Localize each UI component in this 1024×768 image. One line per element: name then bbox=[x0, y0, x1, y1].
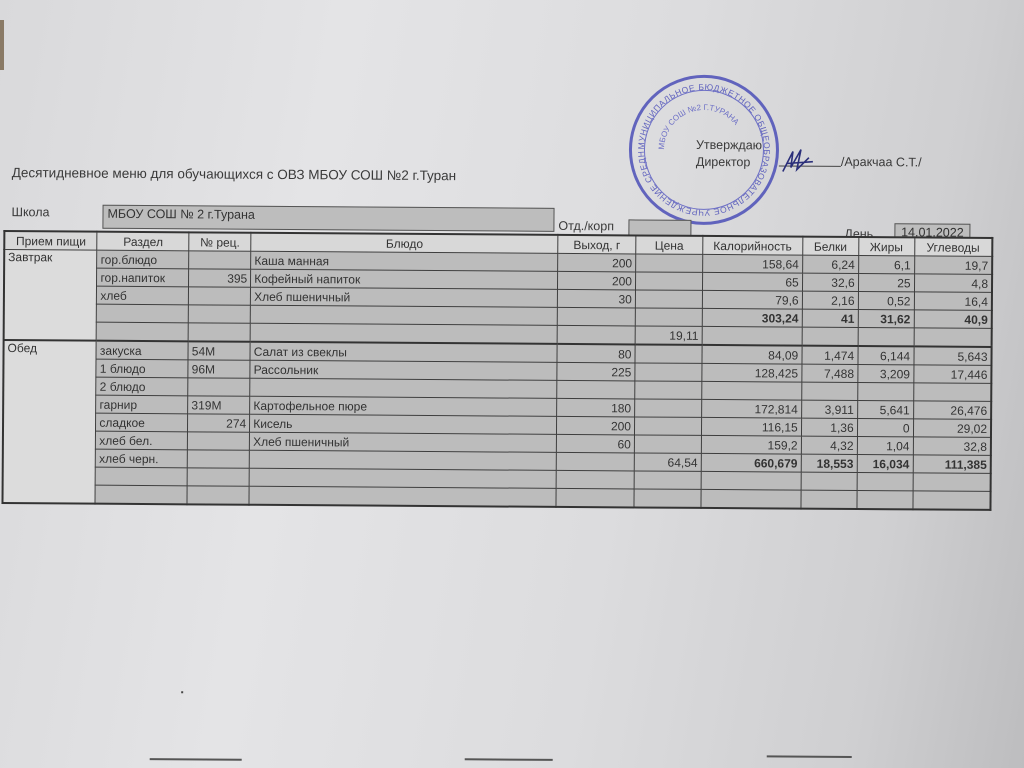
cell-price bbox=[635, 399, 702, 417]
column-header: Цена bbox=[636, 235, 703, 254]
cell-price: 64,54 bbox=[634, 453, 701, 471]
cell-yield bbox=[557, 380, 635, 399]
speck bbox=[181, 691, 183, 693]
cell-kcal: 116,15 bbox=[701, 417, 801, 436]
cell-carbs bbox=[913, 383, 991, 402]
cell-kcal: 660,679 bbox=[701, 453, 801, 472]
meal-name: Завтрак bbox=[4, 250, 98, 341]
cell-price bbox=[635, 308, 702, 326]
cell-price: 19,11 bbox=[635, 326, 702, 345]
dept-label: Отд./корп bbox=[558, 219, 614, 233]
cell-dish: Кисель bbox=[250, 414, 557, 434]
cell-kcal: 65 bbox=[702, 272, 802, 291]
cell-fat: 6,1 bbox=[858, 255, 914, 273]
cell-yield: 60 bbox=[556, 434, 634, 453]
document-title: Десятидневное меню для обучающихся с ОВЗ… bbox=[12, 165, 456, 183]
cell-yield bbox=[556, 488, 634, 507]
cell-carbs: 29,02 bbox=[913, 419, 991, 438]
cell-price bbox=[634, 435, 701, 453]
cell-recipe: 395 bbox=[189, 269, 251, 287]
cell-dish: Кофейный напиток bbox=[251, 269, 558, 289]
cell-recipe bbox=[189, 305, 251, 323]
cell-dish bbox=[249, 468, 556, 488]
cell-section bbox=[95, 485, 187, 504]
cell-section bbox=[97, 322, 189, 341]
cell-kcal: 84,09 bbox=[702, 345, 802, 364]
cell-yield: 180 bbox=[557, 398, 635, 417]
menu-table: Прием пищиРаздел№ рец.БлюдоВыход, гЦенаК… bbox=[1, 230, 993, 511]
cell-kcal: 303,24 bbox=[702, 308, 802, 327]
cell-carbs bbox=[913, 491, 991, 510]
cell-protein: 18,553 bbox=[801, 454, 857, 472]
cell-section: 2 блюдо bbox=[96, 377, 188, 396]
cell-price bbox=[634, 471, 701, 489]
cell-dish bbox=[249, 486, 556, 507]
cell-kcal: 172,814 bbox=[701, 399, 801, 418]
cell-fat: 1,04 bbox=[857, 436, 913, 454]
column-header: Белки bbox=[802, 237, 858, 256]
cell-dish: Каша манная bbox=[251, 251, 558, 271]
cell-section: 1 блюдо bbox=[96, 359, 188, 378]
column-header: Калорийность bbox=[703, 236, 803, 255]
cell-recipe bbox=[188, 450, 250, 468]
cell-kcal bbox=[702, 381, 802, 400]
cell-fat: 6,144 bbox=[858, 346, 914, 365]
cell-kcal: 159,2 bbox=[701, 435, 801, 454]
cell-yield: 80 bbox=[557, 344, 635, 363]
cell-recipe bbox=[189, 287, 251, 305]
cell-section: гарнир bbox=[96, 395, 188, 414]
cell-protein: 3,911 bbox=[801, 400, 857, 418]
column-header: Блюдо bbox=[251, 233, 558, 254]
cell-price bbox=[635, 290, 702, 308]
cell-carbs: 111,385 bbox=[913, 455, 991, 474]
cell-section: хлеб bbox=[97, 286, 189, 305]
cell-protein: 1,36 bbox=[801, 418, 857, 436]
meal-name: Обед bbox=[2, 340, 96, 504]
cell-carbs: 26,476 bbox=[913, 401, 991, 420]
column-header: Прием пищи bbox=[4, 231, 97, 250]
cell-protein: 41 bbox=[802, 309, 858, 327]
cell-protein: 6,24 bbox=[802, 255, 858, 273]
cell-carbs: 5,643 bbox=[914, 346, 992, 365]
cell-carbs: 16,4 bbox=[914, 292, 992, 311]
cell-recipe bbox=[187, 486, 249, 505]
cell-price bbox=[635, 272, 702, 290]
cell-yield: 200 bbox=[558, 253, 636, 272]
cell-section bbox=[96, 467, 188, 486]
cell-fat: 5,641 bbox=[857, 400, 913, 418]
cell-fat bbox=[857, 382, 913, 400]
cell-section: сладкое bbox=[96, 413, 188, 432]
cell-recipe: 319М bbox=[188, 396, 250, 414]
cell-protein bbox=[801, 472, 857, 490]
cell-recipe bbox=[188, 378, 250, 396]
cell-dish: Хлеб пшеничный bbox=[251, 287, 558, 307]
director-name: /Аракчаа С.Т./ bbox=[841, 155, 922, 170]
cell-fat: 0 bbox=[857, 418, 913, 436]
cell-recipe bbox=[187, 468, 249, 486]
cell-kcal bbox=[702, 326, 802, 345]
cell-price bbox=[635, 344, 702, 363]
cell-section: закуска bbox=[96, 341, 188, 360]
cell-carbs: 17,446 bbox=[913, 365, 991, 384]
cell-protein: 7,488 bbox=[802, 364, 858, 382]
cell-carbs: 32,8 bbox=[913, 437, 991, 456]
cell-price bbox=[636, 254, 703, 272]
cell-protein bbox=[801, 382, 857, 400]
cell-protein: 4,32 bbox=[801, 436, 857, 454]
cell-dish: Хлеб пшеничный bbox=[250, 432, 557, 452]
cell-section: хлеб черн. bbox=[96, 449, 188, 468]
cell-dish: Рассольник bbox=[250, 360, 557, 380]
cell-kcal: 128,425 bbox=[702, 363, 802, 382]
menu-document: МУНИЦИПАЛЬНОЕ БЮДЖЕТНОЕ ОБЩЕОБРАЗОВАТЕЛЬ… bbox=[0, 0, 1024, 768]
cell-price bbox=[634, 489, 701, 508]
cell-recipe: 54М bbox=[188, 341, 250, 360]
footer-line bbox=[767, 755, 852, 758]
cell-fat bbox=[857, 472, 913, 490]
cell-price bbox=[634, 417, 701, 435]
school-label: Школа bbox=[11, 205, 49, 219]
school-field: МБОУ СОШ № 2 г.Турана bbox=[102, 205, 554, 232]
cell-carbs: 4,8 bbox=[914, 274, 992, 293]
cell-yield bbox=[557, 307, 635, 326]
cell-recipe bbox=[189, 251, 251, 269]
cell-carbs: 19,7 bbox=[914, 256, 992, 275]
signature-icon bbox=[779, 145, 819, 175]
cell-carbs: 40,9 bbox=[914, 310, 992, 329]
cell-yield bbox=[556, 470, 634, 489]
column-header: Раздел bbox=[97, 232, 189, 251]
cell-fat: 16,034 bbox=[857, 454, 913, 472]
cell-yield: 225 bbox=[557, 362, 635, 381]
cell-dish bbox=[250, 305, 557, 325]
cell-yield: 200 bbox=[557, 416, 635, 435]
cell-protein: 2,16 bbox=[802, 291, 858, 309]
cell-yield: 30 bbox=[557, 289, 635, 308]
footer-line bbox=[465, 758, 553, 761]
cell-kcal: 79,6 bbox=[702, 290, 802, 309]
column-header: № рец. bbox=[189, 232, 251, 251]
cell-dish: Картофельное пюре bbox=[250, 396, 557, 416]
cell-section: гор.напиток bbox=[97, 268, 189, 287]
cell-yield bbox=[556, 452, 634, 471]
column-header: Выход, г bbox=[558, 235, 636, 254]
cell-fat: 3,209 bbox=[857, 364, 913, 382]
approval-label: Утверждаю bbox=[696, 137, 762, 154]
cell-kcal: 158,64 bbox=[702, 254, 802, 273]
cell-recipe: 96М bbox=[188, 360, 250, 378]
footer-line bbox=[150, 758, 242, 761]
cell-protein bbox=[802, 327, 858, 346]
cell-protein bbox=[801, 490, 857, 509]
cell-section: хлеб бел. bbox=[96, 431, 188, 450]
cell-dish bbox=[250, 323, 557, 344]
column-header: Углеводы bbox=[914, 237, 992, 256]
cell-price bbox=[635, 363, 702, 381]
cell-protein: 32,6 bbox=[802, 273, 858, 291]
cell-recipe bbox=[188, 323, 250, 342]
cell-fat: 0,52 bbox=[858, 291, 914, 309]
cell-fat: 25 bbox=[858, 273, 914, 291]
cell-kcal bbox=[701, 471, 801, 490]
cell-carbs bbox=[913, 473, 991, 492]
cell-dish bbox=[250, 378, 557, 398]
column-header: Жиры bbox=[858, 237, 914, 256]
cell-recipe bbox=[188, 432, 250, 450]
approval-block: Утверждаю Директор bbox=[696, 137, 762, 171]
cell-carbs bbox=[914, 328, 992, 347]
cell-recipe: 274 bbox=[188, 414, 250, 432]
cell-section bbox=[97, 304, 189, 323]
director-label: Директор bbox=[696, 154, 762, 171]
cell-price bbox=[635, 381, 702, 399]
cell-protein: 1,474 bbox=[802, 346, 858, 365]
cell-section: гор.блюдо bbox=[97, 250, 189, 269]
cell-fat bbox=[858, 327, 914, 346]
cell-dish bbox=[249, 450, 556, 470]
cell-kcal bbox=[701, 489, 801, 508]
cell-dish: Салат из свеклы bbox=[250, 342, 557, 363]
cell-fat bbox=[857, 490, 913, 509]
cell-yield: 200 bbox=[558, 271, 636, 290]
cell-yield bbox=[557, 325, 635, 344]
cell-fat: 31,62 bbox=[858, 309, 914, 327]
